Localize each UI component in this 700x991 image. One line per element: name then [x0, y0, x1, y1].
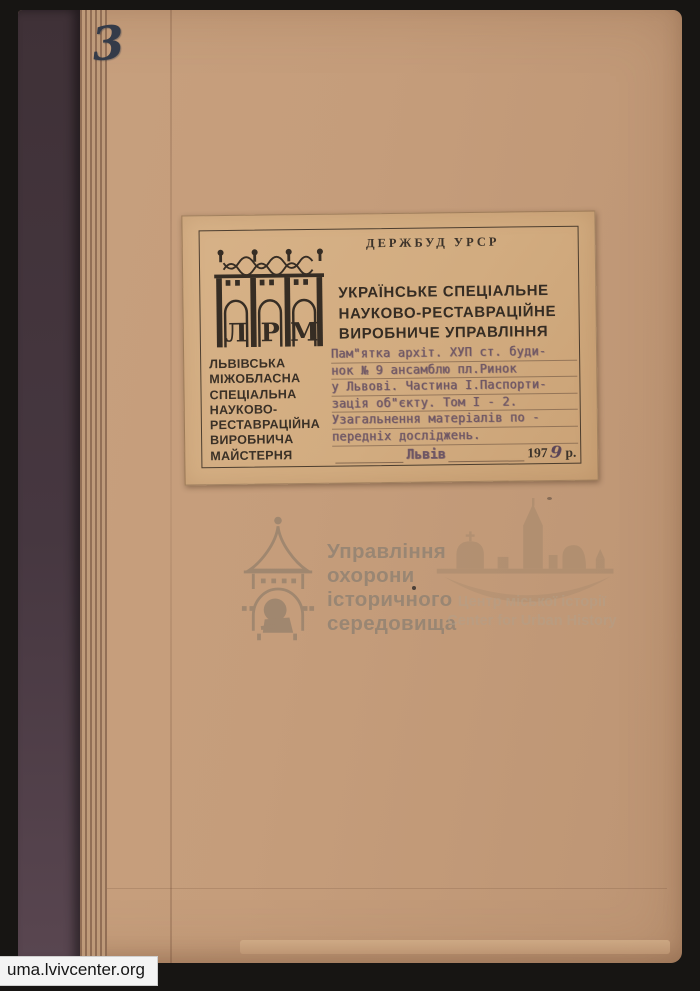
city-name: Львів — [406, 447, 445, 462]
workshop-name-line: НАУКОВО- — [210, 402, 336, 419]
org-title-line: ВИРОБНИЧЕ УПРАВЛІННЯ — [339, 322, 579, 345]
cover-crease — [107, 888, 667, 889]
city-year-row: Львів 197 9 р. — [332, 443, 576, 464]
page-fold-edge — [80, 10, 107, 963]
logo-letter: М — [290, 318, 319, 348]
logo-letter: Л — [225, 318, 248, 348]
tower-watermark-icon — [238, 513, 318, 646]
year-prefix: 197 — [527, 445, 547, 461]
org-title-line: НАУКОВО-РЕСТАВРАЦІЙНЕ — [338, 301, 578, 324]
form-rule — [335, 448, 403, 464]
lrm-arches-logo-icon: Л Р М — [210, 246, 329, 353]
archive-label: ДЕРЖБУД УРСР — [181, 210, 598, 485]
workshop-name-line: МІЖОБЛАСНА — [209, 371, 335, 388]
handwritten-page-number: 3 — [90, 15, 127, 72]
workshop-name-line: ЛЬВІВСЬКА — [209, 356, 335, 373]
workshop-name: ЛЬВІВСЬКА МІЖОБЛАСНА СПЕЦІАЛЬНА НАУКОВО-… — [209, 356, 336, 465]
history-center-watermark-text: Центр міської історії Center for Urban H… — [432, 593, 632, 631]
label-inner-border: ДЕРЖБУД УРСР — [199, 226, 582, 469]
book-cover — [18, 10, 682, 963]
form-rule — [449, 446, 525, 462]
label-header: ДЕРЖБУД УРСР — [318, 234, 548, 252]
workshop-name-line: МАЙСТЕРНЯ — [210, 447, 336, 464]
city-skyline-watermark-icon — [428, 498, 636, 606]
year-suffix: р. — [565, 445, 576, 461]
typed-description: Пам"ятка архіт. ХУП ст. буди- нок № 9 ан… — [331, 344, 578, 447]
year-field: 197 9 р. — [527, 441, 576, 462]
organization-title: УКРАЇНСЬКЕ СПЕЦІАЛЬНЕ НАУКОВО-РЕСТАВРАЦІ… — [338, 281, 579, 346]
workshop-name-line: ВИРОБНИЧА — [210, 432, 336, 449]
year-handwritten-digit: 9 — [549, 442, 563, 463]
workshop-name-line: РЕСТАВРАЦІЙНА — [210, 417, 336, 434]
cover-crease — [170, 10, 172, 963]
center-watermark-line: Центр міської історії — [432, 593, 632, 612]
scanned-document: 3 ДЕРЖБУД УРСР — [0, 0, 700, 991]
book-spine — [18, 10, 80, 963]
org-title-line: УКРАЇНСЬКЕ СПЕЦІАЛЬНЕ — [338, 281, 578, 304]
workshop-name-line: СПЕЦІАЛЬНА — [209, 386, 335, 403]
page-edge — [240, 940, 670, 954]
logo-letter: Р — [260, 318, 280, 348]
url-watermark-badge: uma.lvivcenter.org — [0, 956, 158, 986]
center-watermark-line: Center for Urban History — [432, 612, 632, 631]
